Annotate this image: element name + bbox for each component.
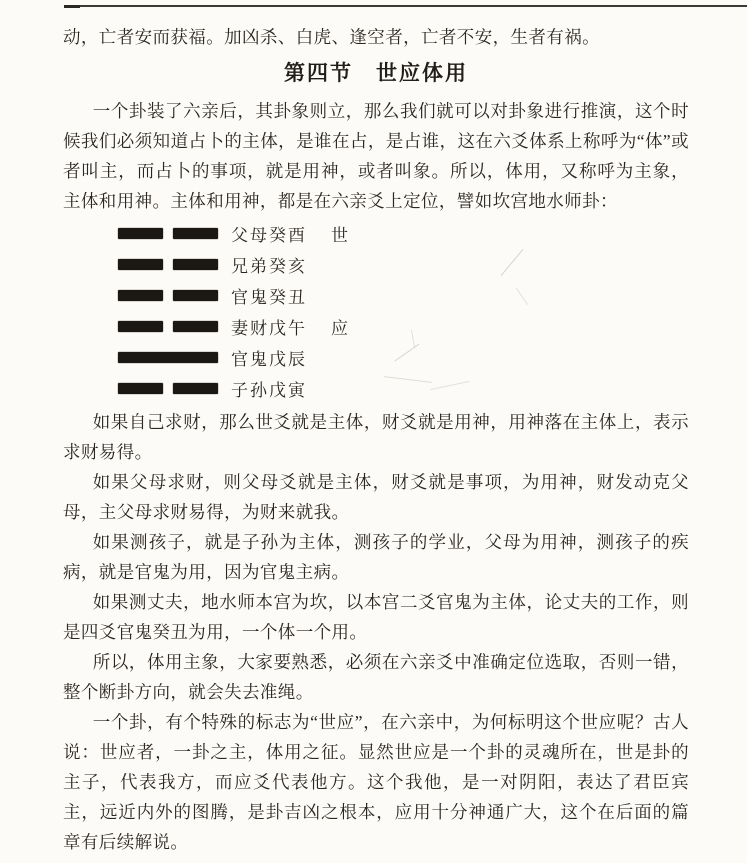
body-paragraph: 如果测丈夫，地水师本宫为坎，以本宫二爻官鬼为主体，论丈夫的工作，则是四爻官鬼癸丑… xyxy=(63,587,689,647)
body-paragraph: 所以，体用主象，大家要熟悉，必须在六亲爻中准确定位选取，否则一错，整个断卦方向，… xyxy=(63,647,689,707)
hexagram-line: 父母癸酉 世 xyxy=(118,218,689,249)
body-paragraph: 如果测孩子，就是子孙为主体，测孩子的学业，父母为用神，测孩子的疾病，就是官鬼为用… xyxy=(63,527,689,587)
yao-label: 子孙戊寅 xyxy=(231,376,331,401)
yao-bar xyxy=(118,228,218,239)
yao-label: 官鬼戊辰 xyxy=(231,345,331,370)
yao-bar xyxy=(118,321,218,332)
hexagram-line: 官鬼戊辰 xyxy=(118,342,689,373)
hexagram-line: 官鬼癸丑 xyxy=(118,280,689,311)
book-page: 动，亡者安而获福。加凶杀、白虎、逢空者，亡者不安，生者有祸。 第四节 世应体用 … xyxy=(0,0,747,863)
yao-bar xyxy=(118,383,218,394)
yao-label: 父母癸酉 xyxy=(231,221,331,246)
continuation-paragraph: 动，亡者安而获福。加凶杀、白虎、逢空者，亡者不安，生者有祸。 xyxy=(63,22,689,52)
body-paragraph: 如果父母求财，则父母爻就是主体，财爻就是事项，为用神，财发动克父母，主父母求财易… xyxy=(63,467,689,527)
page-top-rule xyxy=(64,5,747,7)
yao-label: 妻财戊午 xyxy=(231,314,331,339)
hexagram-line: 兄弟癸亥 xyxy=(118,249,689,280)
page-content: 动，亡者安而获福。加凶杀、白虎、逢空者，亡者不安，生者有祸。 第四节 世应体用 … xyxy=(63,22,689,857)
hexagram-line: 妻财戊午 应 xyxy=(118,311,689,342)
section-title: 第四节 世应体用 xyxy=(63,56,689,90)
yao-bar xyxy=(118,259,218,270)
body-paragraph: 如果自己求财，那么世爻就是主体，财爻就是用神，用神落在主体上，表示求财易得。 xyxy=(63,407,689,467)
yao-label: 兄弟癸亥 xyxy=(231,252,331,277)
yao-bar xyxy=(118,290,218,301)
yao-bar xyxy=(118,352,218,363)
shi-marker: 世 xyxy=(331,221,348,246)
lead-paragraph: 一个卦装了六亲后，其卦象则立，那么我们就可以对卦象进行推演，这个时候我们必须知道… xyxy=(63,96,689,216)
body-paragraph: 一个卦，有个特殊的标志为“世应”，在六亲中，为何标明这个世应呢？古人说：世应者，… xyxy=(63,707,689,857)
yao-label: 官鬼癸丑 xyxy=(231,283,331,308)
ying-marker: 应 xyxy=(331,314,348,339)
